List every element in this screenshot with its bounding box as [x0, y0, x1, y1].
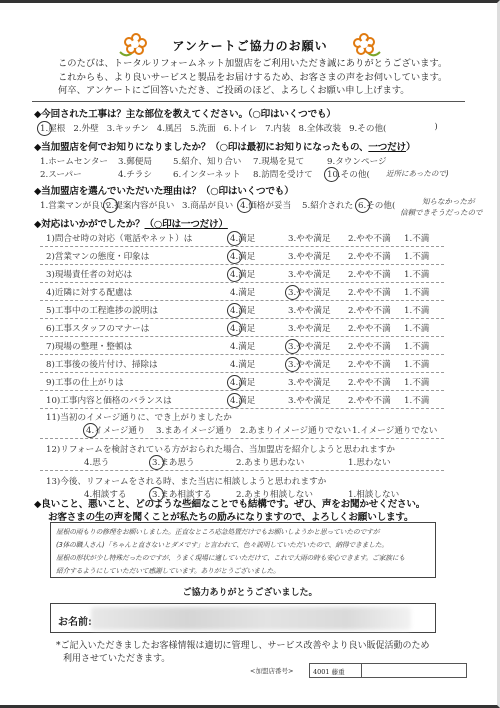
q2-option-post-office[interactable]: 3.郵便局: [118, 155, 173, 167]
rating-option-4[interactable]: 4.満足: [230, 376, 255, 388]
q2-handwritten-other: 近所にあったので): [386, 168, 449, 179]
rating-option-3[interactable]: 3.やや満足: [288, 304, 331, 316]
rating-row: 7)現場の整理・整頓は 4.満足 3.やや満足 2.やや不満 1.不満: [40, 337, 444, 355]
rating-label: 1)問合せ時の対応（電話やネット）は: [46, 232, 192, 244]
rating-row: 5)工事中の工程進捗の説明は 4.満足 3.やや満足 2.やや不満 1.不満: [40, 301, 444, 319]
q2-options-row1: 1.ホームセンター 3.郵便局 5.紹介、知り合い 7.現場を見て 9.タウンペ…: [40, 155, 387, 167]
rating-option-2[interactable]: 2.やや不満: [348, 304, 391, 316]
rating-label: 2)営業マンの態度・印象は: [46, 250, 149, 262]
q2-option-flyer[interactable]: 4.チラシ: [118, 168, 173, 180]
q12-row: 12)リフォームを検討されている方がおられた場合、当加盟店を紹介しようと思われま…: [40, 441, 444, 471]
comment-box[interactable]: 屋根の雨もりの修理をお願いしました。正直なところ応急処置だけでもお願いしようかと…: [50, 522, 436, 578]
q1-option-interior[interactable]: 7.内装: [265, 122, 290, 134]
rating-option-3[interactable]: 3.やや満足: [288, 340, 331, 352]
q3-option-salesperson[interactable]: 1.営業マンが良い: [40, 199, 106, 211]
rating-option-4[interactable]: 4.満足: [230, 232, 255, 244]
rating-option-1[interactable]: 1.不満: [404, 304, 429, 316]
name-redacted: [91, 607, 411, 630]
rating-label: 10)工事内容と価格のバランスは: [46, 394, 172, 406]
rating-option-4[interactable]: 4.満足: [230, 304, 255, 316]
shop-extra-cell: [362, 664, 466, 677]
q11-option-4[interactable]: 4.イメージ通り: [86, 424, 146, 436]
q2-option-internet[interactable]: 6.インターネット: [173, 168, 253, 180]
rating-label: 9)工事の仕上がりは: [46, 376, 124, 388]
rating-option-1[interactable]: 1.不満: [404, 232, 429, 244]
rating-option-2[interactable]: 2.やや不満: [348, 358, 391, 370]
q1-options: 1.屋根 2.外壁 3.キッチン 4.風呂 5.洗面 6.トイレ 7.内装 8.…: [40, 122, 438, 134]
intro-text: このたびは、トータルリフォームネット加盟店をご利用いただき誠にありがとうございま…: [58, 57, 458, 98]
rating-label: 7)現場の整理・整頓は: [46, 340, 132, 352]
rating-row: 10)工事内容と価格のバランスは 4.満足 3.やや満足 2.やや不満 1.不満: [40, 391, 444, 409]
q3-option-proposal[interactable]: 2.提案内容が良い: [106, 199, 182, 211]
rating-option-3[interactable]: 3.やや満足: [288, 376, 331, 388]
rating-option-2[interactable]: 2.やや不満: [348, 376, 391, 388]
q1-option-kitchen[interactable]: 3.キッチン: [107, 122, 149, 134]
rating-option-1[interactable]: 1.不満: [404, 340, 429, 352]
q2-option-supermarket[interactable]: 2.スーパー: [40, 168, 118, 180]
q3-handwritten-line1: 知らなかったが: [422, 196, 475, 207]
rating-option-2[interactable]: 2.やや不満: [348, 250, 391, 262]
rating-label: 5)工事中の工程進捗の説明は: [46, 304, 158, 316]
rating-option-1[interactable]: 1.不満: [404, 322, 429, 334]
survey-page: アンケートご協力のお願い このたびは、トータルリフォームネット加盟店をご利用いた…: [0, 0, 500, 708]
rating-option-1[interactable]: 1.不満: [404, 250, 429, 262]
rating-option-1[interactable]: 1.不満: [404, 394, 429, 406]
q1-option-toilet[interactable]: 6.トイレ: [224, 122, 258, 134]
thanks-message: ご協力ありがとうございました。: [0, 585, 500, 598]
q1-option-roof[interactable]: 1.屋根: [40, 122, 65, 134]
rating-option-4[interactable]: 4.満足: [230, 268, 255, 280]
shop-number-label: <加盟店番号>: [250, 666, 293, 675]
name-field[interactable]: お名前:: [50, 603, 436, 633]
rating-label: 3)現場責任者の対応は: [46, 268, 132, 280]
q5-heading: ◆良いこと、悪いこと、どのような些細なことでも結構です。ぜひ、声をお聞かせくださ…: [34, 496, 425, 510]
q12-option-4[interactable]: 4.思う: [84, 456, 109, 468]
rating-option-2[interactable]: 2.やや不満: [348, 394, 391, 406]
shop-number: 4001 藤重: [310, 664, 362, 677]
rating-option-2[interactable]: 2.やや不満: [348, 286, 391, 298]
rating-option-3[interactable]: 3.やや満足: [288, 250, 331, 262]
q4-heading: ◆対応はいかがでしたか？（○印は一つだけ）: [34, 216, 228, 230]
intro-line: これからも、より良いサービスと製品をお届けするため、お客さまの声をお伺いしていま…: [58, 71, 458, 85]
q3-option-referred[interactable]: 5.紹介された: [302, 199, 358, 211]
rating-option-3[interactable]: 3.やや満足: [288, 268, 331, 280]
q12-label: 12)リフォームを検討されている方がおられた場合、当加盟店を紹介しようと思われま…: [46, 443, 395, 455]
intro-line: 何卒、アンケートにご回答いただき、ご投函のほど、よろしくお願い申し上げます。: [58, 84, 458, 98]
q1-option-exterior[interactable]: 2.外壁: [73, 122, 98, 134]
rating-label: 6)工事スタッフのマナーは: [46, 322, 149, 334]
q11-row: 11)当初のイメージ通りに、でき上がりましたか 4.イメージ通り 3.まあイメー…: [40, 409, 444, 439]
shop-number-box: 4001 藤重: [309, 663, 467, 678]
rating-row: 3)現場責任者の対応は 4.満足 3.やや満足 2.やや不満 1.不満: [40, 265, 444, 283]
q1-option-washroom[interactable]: 5.洗面: [190, 122, 215, 134]
rating-option-1[interactable]: 1.不満: [404, 268, 429, 280]
rating-option-2[interactable]: 2.やや不満: [348, 268, 391, 280]
name-label: お名前:: [58, 613, 92, 628]
q1-heading: ◆今回された工事は？主な部位を教えてください。（○印はいくつでも）: [34, 106, 336, 120]
rating-option-3[interactable]: 3.やや満足: [288, 286, 331, 298]
rating-option-4[interactable]: 4.満足: [230, 286, 255, 298]
rating-option-2[interactable]: 2.やや不満: [348, 232, 391, 244]
q3-option-other[interactable]: 6.その他(: [358, 199, 395, 211]
rating-row: 9)工事の仕上がりは 4.満足 3.やや満足 2.やや不満 1.不満: [40, 373, 444, 391]
flower-icon: [350, 32, 384, 58]
rating-option-3[interactable]: 3.やや満足: [288, 358, 331, 370]
q3-option-product[interactable]: 3.商品が良い: [182, 199, 240, 211]
rating-option-3[interactable]: 3.やや満足: [288, 322, 331, 334]
q2-option-site-visit[interactable]: 7.現場を見て: [253, 155, 327, 167]
rating-option-2[interactable]: 2.やや不満: [348, 322, 391, 334]
q3-options: 1.営業マンが良い 2.提案内容が良い 3.商品が良い 4.価格が妥当 5.紹介…: [40, 199, 395, 211]
rating-row: 6)工事スタッフのマナーは 4.満足 3.やや満足 2.やや不満 1.不満: [40, 319, 444, 337]
q1-option-bath[interactable]: 4.風呂: [157, 122, 182, 134]
rating-option-4[interactable]: 4.満足: [230, 340, 255, 352]
q2-option-door-visit[interactable]: 8.訪問を受けて: [253, 168, 327, 180]
q3-handwritten-line2: 信頼できそうだったので: [400, 207, 483, 218]
divider: [32, 101, 465, 102]
q11-option-2[interactable]: 2.あまりイメージ通りでない: [240, 424, 351, 436]
rating-row: 1)問合せ時の対応（電話やネット）は 4.満足 3.やや満足 2.やや不満 1.…: [40, 229, 444, 247]
intro-line: このたびは、トータルリフォームネット加盟店をご利用いただき誠にありがとうございま…: [58, 57, 458, 71]
comment-line: (3体の職人さん)「ちゃんと直さないとダメです」と言われて、色々説明していただい…: [56, 539, 388, 549]
rating-option-2[interactable]: 2.やや不満: [348, 340, 391, 352]
rating-label: 8)工事後の後片付け、掃除は: [46, 358, 158, 370]
rating-row: 8)工事後の後片付け、掃除は 4.満足 3.やや満足 2.やや不満 1.不満: [40, 355, 444, 373]
q2-option-referral[interactable]: 5.紹介、知り合い: [173, 155, 253, 167]
rating-option-1[interactable]: 1.不満: [404, 358, 429, 370]
rating-option-1[interactable]: 1.不満: [404, 376, 429, 388]
q11-option-1[interactable]: 1.イメージ通りでない: [352, 424, 437, 436]
rating-label: 4)近隣に対する配慮は: [46, 286, 132, 298]
q11-option-3[interactable]: 3.まあイメージ通り: [156, 424, 233, 436]
q3-option-price[interactable]: 4.価格が妥当: [240, 199, 302, 211]
rating-option-4[interactable]: 4.満足: [230, 322, 255, 334]
q1-option-full-renovation[interactable]: 8.全体改装: [299, 122, 342, 134]
privacy-note-line: *ご記入いただきましたお客様情報は適切に管理し、サービス改善やより良い販促活動の…: [56, 640, 430, 653]
comment-line: 紹介するようにしていただいて感謝しています。ありがとうございました。: [56, 565, 280, 575]
q3-heading: ◆当加盟店を選んでいただいた理由は？（○印はいくつでも）: [34, 183, 294, 197]
comment-line: 屋根の雨もりの修理をお願いしました。正直なところ応急処置だけでもお願いしようかと…: [56, 526, 379, 536]
title-row: アンケートご協力のお願い: [0, 34, 500, 56]
q2-heading: ◆当加盟店を何でお知りになりましたか？（○印は最初にお知りになったもの、一つだけ…: [34, 139, 415, 153]
comment-line: 屋根の形状が少し特殊だったのですが、うまく現場に適していただけて、これで大雨の時…: [56, 552, 405, 562]
q5-subheading: お客さまの生の声を聞くことが私たちの励みになりますので、よろしくお願いします。: [48, 509, 413, 523]
rating-option-3[interactable]: 3.やや満足: [288, 394, 331, 406]
q12-option-3[interactable]: 3.まあ思う: [152, 456, 195, 468]
rating-option-4[interactable]: 4.満足: [230, 394, 255, 406]
q2-option-town-page[interactable]: 9.タウンページ: [327, 155, 387, 167]
q2-option-home-center[interactable]: 1.ホームセンター: [40, 155, 118, 167]
rating-option-3[interactable]: 3.やや満足: [288, 232, 331, 244]
q1-option-other[interactable]: 9.その他(: [349, 122, 386, 134]
q12-option-2[interactable]: 2.あまり思わない: [236, 456, 304, 468]
rating-row: 2)営業マンの態度・印象は 4.満足 3.やや満足 2.やや不満 1.不満: [40, 247, 444, 265]
q2-option-other[interactable]: 10.その他(: [327, 168, 370, 180]
q2-options-row2: 2.スーパー 4.チラシ 6.インターネット 8.訪問を受けて 10.その他(: [40, 168, 370, 180]
q13-label: 13)今後、リフォームをされる時、また当店に相談しようと思われますか: [46, 475, 326, 487]
rating-option-4[interactable]: 4.満足: [230, 250, 255, 262]
flower-icon: [116, 32, 150, 58]
q1-other-close: ): [434, 122, 437, 134]
q11-label: 11)当初のイメージ通りに、でき上がりましたか: [46, 411, 232, 423]
page-title: アンケートご協力のお願い: [172, 37, 327, 54]
rating-option-4[interactable]: 4.満足: [230, 358, 255, 370]
rating-row: 4)近隣に対する配慮は 4.満足 3.やや満足 2.やや不満 1.不満: [40, 283, 444, 301]
q12-option-1[interactable]: 1.思わない: [348, 456, 391, 468]
rating-option-1[interactable]: 1.不満: [404, 286, 429, 298]
